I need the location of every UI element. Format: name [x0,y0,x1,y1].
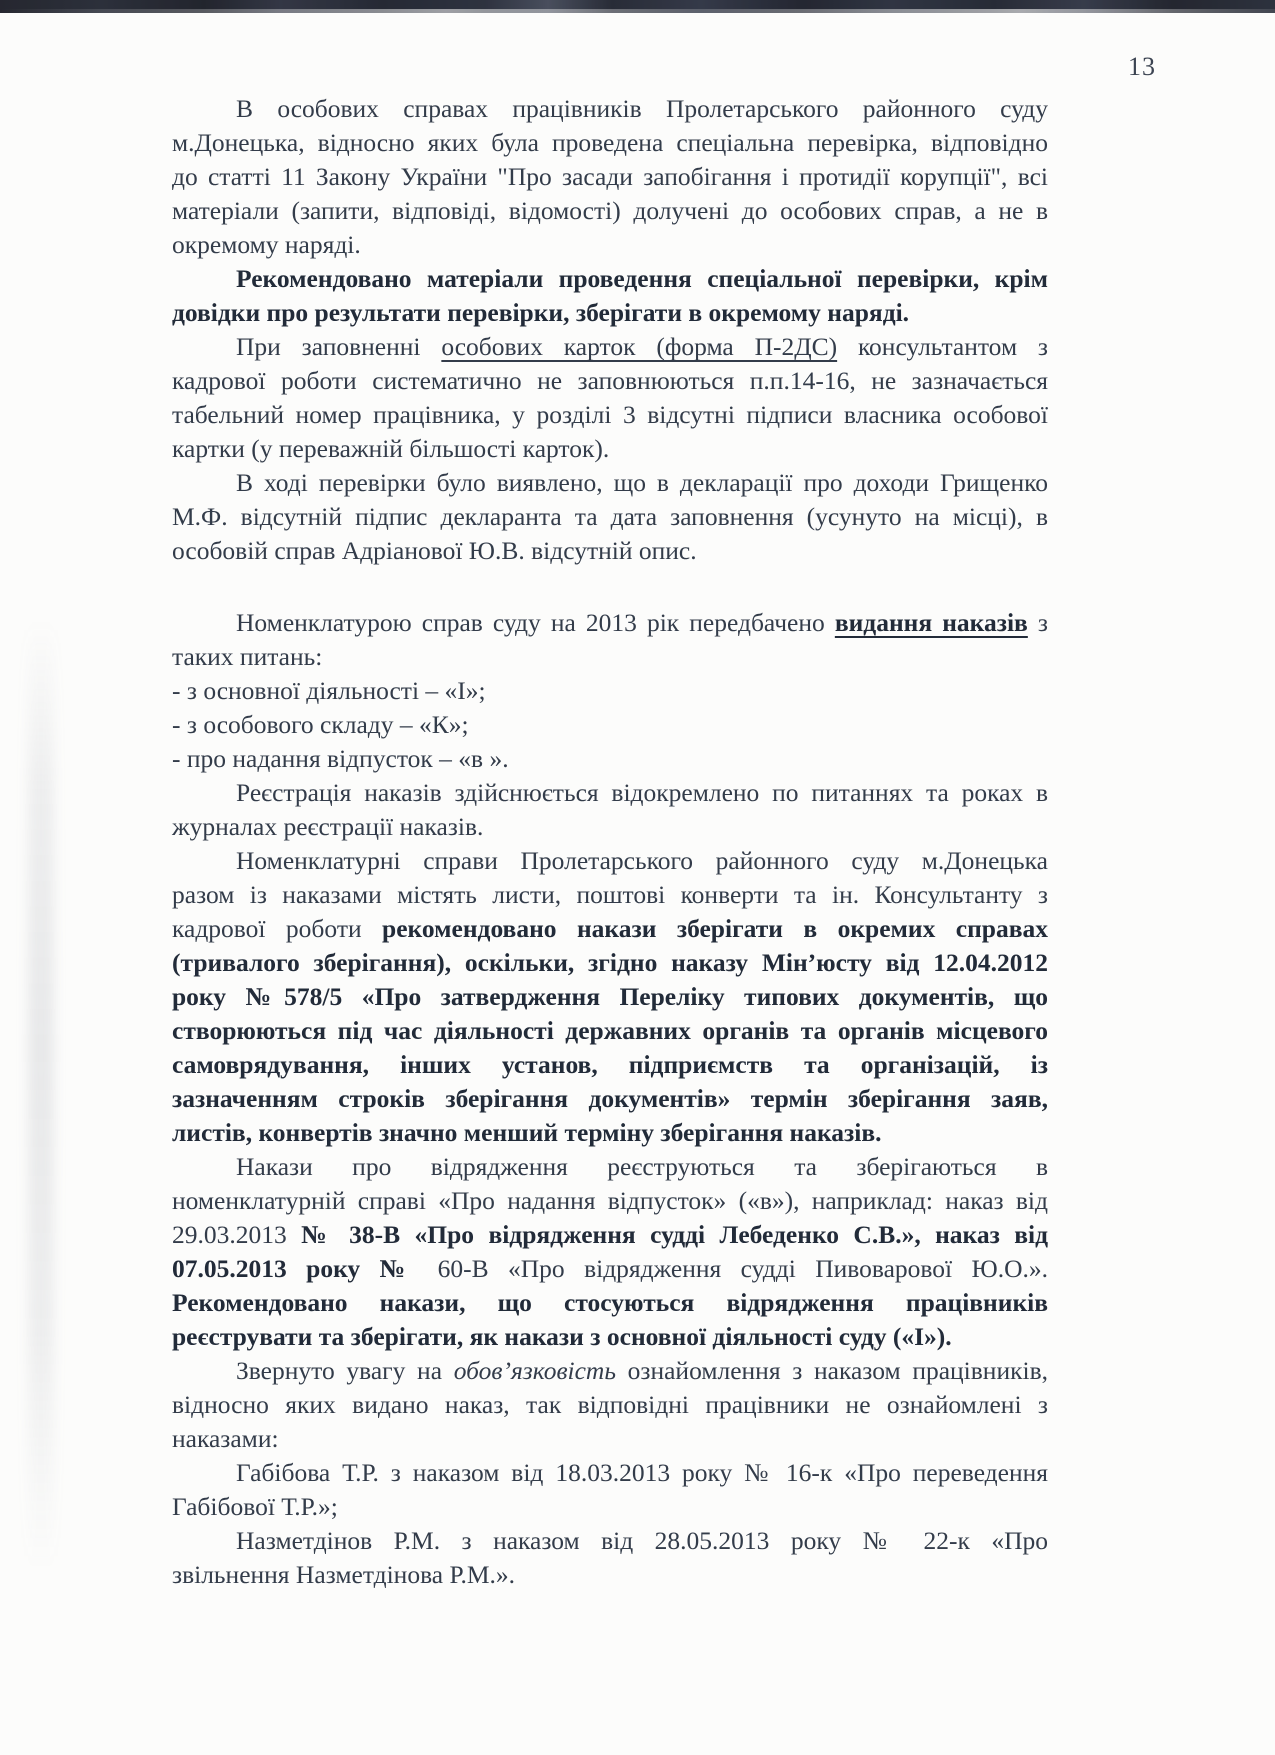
text-line: самоврядування, інших установ, підприємс… [172,1048,1048,1082]
text-run: Рекомендовано матеріали проведення спеці… [236,264,1048,293]
text-run: м.Донецька, відносно яких була проведена… [172,128,1048,157]
para-recommendation-materials: Рекомендовано матеріали проведення спеці… [172,262,1048,330]
text-run: до статті 11 Закону України "Про засади … [172,162,1048,191]
text-run: створюються під час діяльності державних… [172,1016,1048,1045]
para-declaration-findings: В ході перевірки було виявлено, що в дек… [172,466,1048,568]
text-line: таких питань: [172,640,1048,674]
text-line: 07.05.2013 року № 60-В «Про відрядження … [172,1252,1048,1286]
text-run: обов’язковість [454,1356,616,1385]
text-line: Накази про відрядження реєструються та з… [172,1150,1048,1184]
text-run: Номенклатурні справи Пролетарського райо… [236,846,1048,875]
text-line: табельний номер працівника, у розділі 3 … [172,398,1048,432]
text-run: відносно яких видано наказ, так відповід… [172,1390,1048,1419]
list-item-vacations: - про надання відпусток – «в ». [172,742,1048,776]
text-run: самоврядування, інших установ, підприємс… [172,1050,1048,1079]
page-body: В особових справах працівників Пролетарс… [172,92,1048,1592]
text-line: В особових справах працівників Пролетарс… [172,92,1048,126]
text-run: довідки про результати перевірки, зберіг… [172,298,909,327]
text-line: кадрової роботи систематично не заповнюю… [172,364,1048,398]
text-run: М.Ф. відсутній підпис декларанта та дата… [172,502,1048,531]
text-line: до статті 11 Закону України "Про засади … [172,160,1048,194]
text-run: з [1028,608,1048,637]
text-line: В ході перевірки було виявлено, що в дек… [172,466,1048,500]
text-line: - з основної діяльності – «І»; [172,674,1048,708]
para-business-trip-orders: Накази про відрядження реєструються та з… [172,1150,1048,1354]
text-run: матеріали (запити, відповіді, відомості)… [172,196,1048,225]
text-line: створюються під час діяльності державних… [172,1014,1048,1048]
text-run: картки (у переважній більшості карток). [172,434,609,463]
text-run: 29.03.2013 [172,1220,301,1249]
text-run: Рекомендовано накази, що стосуються відр… [172,1288,1048,1317]
text-run: консультантом з [837,332,1048,361]
para-special-check: В особових справах працівників Пролетарс… [172,92,1048,262]
text-line: м.Донецька, відносно яких була проведена… [172,126,1048,160]
text-line: Номенклатурні справи Пролетарського райо… [172,844,1048,878]
text-run: В ході перевірки було виявлено, що в дек… [236,468,1048,497]
text-run: 07.05.2013 року № [172,1254,438,1283]
para-registration: Реєстрація наказів здійснюється відокрем… [172,776,1048,844]
text-line: зазначенням строків зберігання документі… [172,1082,1048,1116]
text-run: Номенклатурою справ суду на 2013 рік пер… [236,608,835,637]
text-line: разом із наказами містять листи, поштові… [172,878,1048,912]
para-gabibova: Габібова Т.Р. з наказом від 18.03.2013 р… [172,1456,1048,1524]
para-nazmetdinov: Назметдінов Р.М. з наказом від 28.05.201… [172,1524,1048,1592]
list-item-personnel: - з особового складу – «К»; [172,708,1048,742]
text-run: Габібової Т.Р.»; [172,1492,338,1521]
text-run: зазначенням строків зберігання документі… [172,1084,1048,1113]
text-line: кадрової роботи рекомендовано накази збе… [172,912,1048,946]
text-line: Габібової Т.Р.»; [172,1490,1048,1524]
text-line: особовій справ Адріанової Ю.В. відсутній… [172,534,1048,568]
text-line: наказами: [172,1422,1048,1456]
text-line: Реєстрація наказів здійснюється відокрем… [172,776,1048,810]
text-run: Габібова Т.Р. з наказом від 18.03.2013 р… [236,1458,1048,1487]
text-line: номенклатурній справі «Про надання відпу… [172,1184,1048,1218]
text-run: журналах реєстрації наказів. [172,812,483,841]
text-line: відносно яких видано наказ, так відповід… [172,1388,1048,1422]
text-line: листів, конвертів значно менший терміну … [172,1116,1048,1150]
text-run: особовій справ Адріанової Ю.В. відсутній… [172,536,697,565]
text-run: разом із наказами містять листи, поштові… [172,880,1048,909]
text-run: При заповненні [236,332,441,361]
text-run: кадрової роботи [172,914,382,943]
text-run: року №578/5 «Про затвердження Переліку т… [172,982,1048,1011]
para-acquaintance: Звернуто увагу на обов’язковість ознайом… [172,1354,1048,1456]
text-line: матеріали (запити, відповіді, відомості)… [172,194,1048,228]
text-line: Рекомендовано накази, що стосуються відр… [172,1286,1048,1320]
text-line: 29.03.2013 № 38-В «Про відрядження судді… [172,1218,1048,1252]
text-run: Звернуто увагу на [236,1356,454,1385]
text-line: Рекомендовано матеріали проведення спеці… [172,262,1048,296]
text-run: таких питань: [172,642,322,671]
text-run: особових карток (форма П-2ДС) [441,332,837,361]
para-personal-cards: При заповненні особових карток (форма П-… [172,330,1048,466]
text-line: картки (у переважній більшості карток). [172,432,1048,466]
text-run: В особових справах працівників Пролетарс… [236,94,1048,123]
text-run: табельний номер працівника, у розділі 3 … [172,400,1048,429]
text-line: - про надання відпусток – «в ». [172,742,1048,776]
text-line: окремому наряді. [172,228,1048,262]
text-run: звільнення Назметдінова Р.М.». [172,1560,515,1589]
text-line: звільнення Назметдінова Р.М.». [172,1558,1048,1592]
text-run: рекомендовано накази зберігати в окремих… [382,914,1048,943]
text-line: року №578/5 «Про затвердження Переліку т… [172,980,1048,1014]
text-run: ознайомлення з наказом працівників, [616,1356,1048,1385]
scan-artifact-left-smudge [28,620,54,1570]
text-run: окремому наряді. [172,230,361,259]
text-run: реєструвати та зберігати, як накази з ос… [172,1322,952,1351]
text-line: реєструвати та зберігати, як накази з ос… [172,1320,1048,1354]
text-line: довідки про результати перевірки, зберіг… [172,296,1048,330]
text-line: журналах реєстрації наказів. [172,810,1048,844]
page-number: 13 [1128,52,1156,82]
para-nomenclature-2013: Номенклатурою справ суду на 2013 рік пер… [172,606,1048,674]
text-run: наказами: [172,1424,279,1453]
text-line: При заповненні особових карток (форма П-… [172,330,1048,364]
text-line: (тривалого зберігання), оскільки, згідно… [172,946,1048,980]
text-run: - з особового складу – «К»; [172,710,469,739]
text-line: Звернуто увагу на обов’язковість ознайом… [172,1354,1048,1388]
scan-artifact-top-band [0,0,1275,13]
text-run: - про надання відпусток – «в ». [172,744,509,773]
para-nomenclature-files: Номенклатурні справи Пролетарського райо… [172,844,1048,1150]
text-run: видання наказів [835,608,1028,637]
text-run: номенклатурній справі «Про надання відпу… [172,1186,1048,1215]
text-line: Номенклатурою справ суду на 2013 рік пер… [172,606,1048,640]
text-run: листів, конвертів значно менший терміну … [172,1118,882,1147]
text-run: Назметдінов Р.М. з наказом від 28.05.201… [236,1526,1048,1555]
text-run: - з основної діяльності – «І»; [172,676,486,705]
text-line: - з особового складу – «К»; [172,708,1048,742]
text-run: Накази про відрядження реєструються та з… [236,1152,1048,1181]
text-line: Назметдінов Р.М. з наказом від 28.05.201… [172,1524,1048,1558]
text-run: 60-В «Про відрядження судді Пивоварової … [438,1254,1048,1283]
text-run: № 38-В «Про відрядження судді Лебеденко … [301,1220,1048,1249]
text-run: (тривалого зберігання), оскільки, згідно… [172,948,1048,977]
text-run: Реєстрація наказів здійснюється відокрем… [236,778,1048,807]
text-run: кадрової роботи систематично не заповнюю… [172,366,1048,395]
list-item-main-activity: - з основної діяльності – «І»; [172,674,1048,708]
text-line: Габібова Т.Р. з наказом від 18.03.2013 р… [172,1456,1048,1490]
text-line: М.Ф. відсутній підпис декларанта та дата… [172,500,1048,534]
